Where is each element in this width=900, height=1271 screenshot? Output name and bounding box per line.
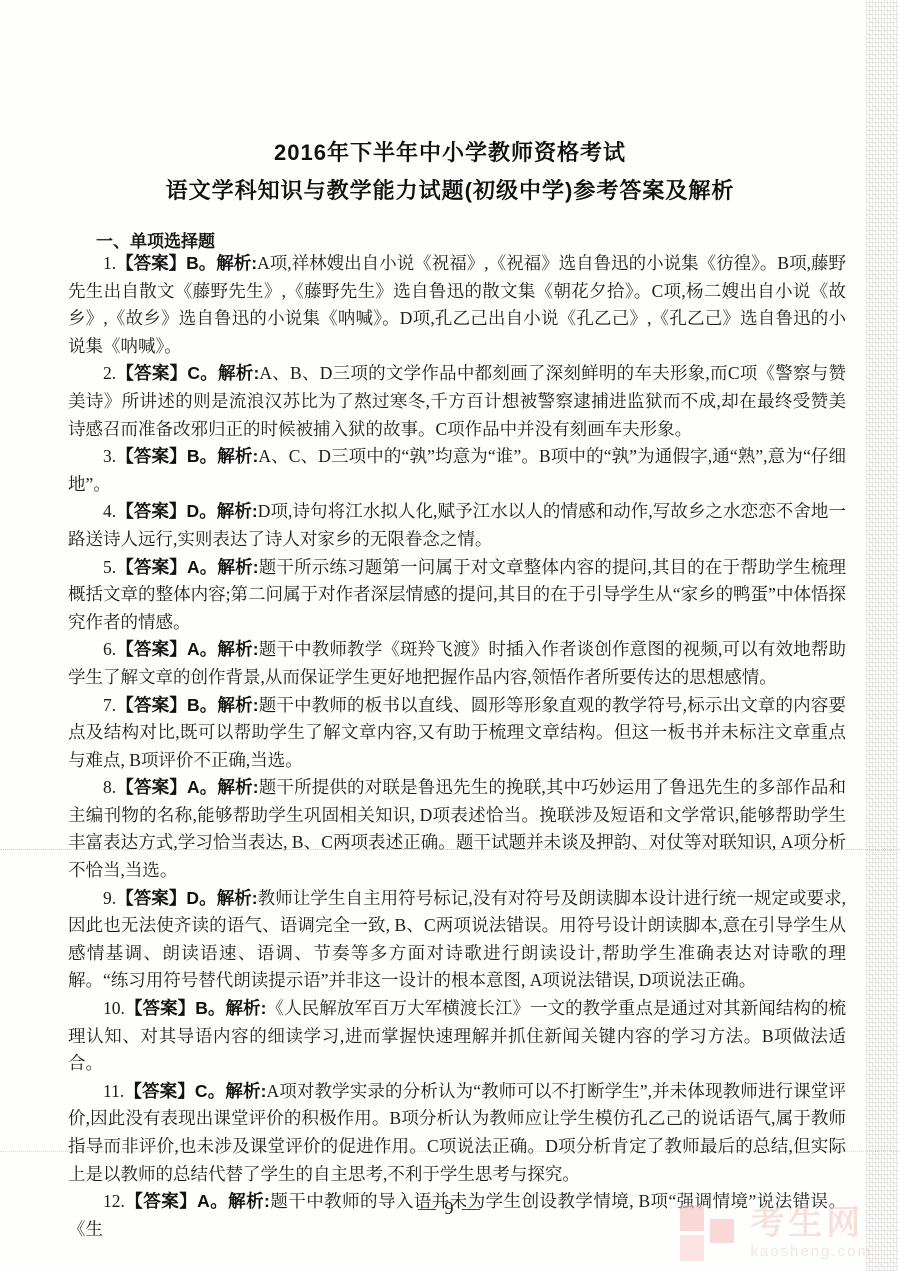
item-analysis-label: 解析:	[217, 557, 258, 577]
item-number: 9.	[103, 888, 116, 908]
item-number: 6.	[103, 639, 116, 659]
item-analysis-label: 解析:	[217, 777, 258, 797]
item-number: 10.	[103, 998, 125, 1018]
logo-square	[710, 1219, 734, 1243]
item-answer: 【答案】A。	[116, 639, 217, 659]
scanned-document-page: 2016年下半年中小学教师资格考试 语文学科知识与教学能力试题(初级中学)参考答…	[0, 0, 900, 1271]
item-number: 7.	[103, 695, 116, 715]
item-answer: 【答案】A。	[116, 777, 217, 797]
item-analysis-label: 解析:	[217, 695, 258, 715]
kaosheng-logo-icon	[680, 1201, 736, 1263]
item-answer: 【答案】D。	[116, 888, 217, 908]
answer-item: 8.【答案】A。解析:题干所提供的对联是鲁迅先生的挽联,其中巧妙运用了鲁迅先生的…	[68, 774, 846, 884]
document-title-line-2: 语文学科知识与教学能力试题(初级中学)参考答案及解析	[0, 172, 900, 210]
item-analysis-label: 解析:	[217, 639, 258, 659]
section-heading: 一、单项选择题	[96, 227, 215, 252]
item-number: 11.	[103, 1081, 124, 1101]
answer-item: 1.【答案】B。解析:A项,祥林嫂出自小说《祝福》,《祝福》选自鲁迅的小说集《彷…	[68, 250, 846, 360]
answer-item: 2.【答案】C。解析:A、B、D三项的文学作品中都刻画了深刻鲜明的车夫形象,而C…	[68, 360, 846, 443]
answer-item: 7.【答案】B。解析:题干中教师的板书以直线、圆形等形象直观的教学符号,标示出文…	[68, 692, 846, 775]
logo-square	[680, 1205, 704, 1231]
answer-item: 3.【答案】B。解析:A、C、D三项中的“孰”均意为“谁”。B项中的“孰”为通假…	[68, 443, 846, 498]
item-number: 3.	[103, 446, 116, 466]
item-number: 5.	[103, 557, 116, 577]
item-answer: 【答案】C。	[124, 1081, 225, 1101]
answer-item: 9.【答案】D。解析:教师让学生自主用符号标记,没有对符号及朗读脚本设计进行统一…	[68, 885, 846, 995]
answer-item: 11.【答案】C。解析:A项对教学实录的分析认为“教师可以不打断学生”,并未体现…	[68, 1078, 846, 1188]
item-number: 8.	[103, 777, 116, 797]
answer-item: 10.【答案】B。解析:《人民解放军百万大军横渡长江》一文的教学重点是通过对其新…	[68, 995, 846, 1078]
document-title-line-1: 2016年下半年中小学教师资格考试	[0, 134, 900, 172]
item-answer: 【答案】B。	[116, 695, 217, 715]
item-answer: 【答案】B。	[125, 998, 226, 1018]
item-answer: 【答案】A。	[116, 557, 217, 577]
logo-square	[680, 1235, 704, 1261]
answer-item: 5.【答案】A。解析:题干所示练习题第一问属于对文章整体内容的提问,其目的在于帮…	[68, 554, 846, 637]
item-analysis-label: 解析:	[225, 1081, 266, 1101]
watermark: 考生网 kaosheng.com	[680, 1201, 872, 1263]
item-analysis-label: 解析:	[218, 363, 259, 383]
item-analysis-label: 解析:	[217, 888, 258, 908]
item-analysis-label: 解析:	[217, 501, 258, 521]
watermark-site-name: 考生网	[750, 1205, 864, 1241]
item-number: 4.	[103, 501, 116, 521]
item-number: 2.	[103, 363, 116, 383]
item-analysis-label: 解析:	[217, 446, 258, 466]
item-analysis-label: 解析:	[225, 998, 266, 1018]
document-title-block: 2016年下半年中小学教师资格考试 语文学科知识与教学能力试题(初级中学)参考答…	[0, 134, 900, 210]
item-answer: 【答案】D。	[116, 501, 217, 521]
item-answer: 【答案】B。	[116, 253, 216, 273]
answer-item: 6.【答案】A。解析:题干中教师教学《斑羚飞渡》时插入作者谈创作意图的视频,可以…	[68, 636, 846, 691]
item-answer: 【答案】B。	[116, 446, 217, 466]
item-analysis-label: 解析:	[216, 253, 257, 273]
watermark-site-url: kaosheng.com	[750, 1243, 872, 1260]
answers-list: 1.【答案】B。解析:A项,祥林嫂出自小说《祝福》,《祝福》选自鲁迅的小说集《彷…	[68, 250, 846, 1243]
item-number: 1.	[103, 253, 116, 273]
item-answer: 【答案】C。	[116, 363, 218, 383]
answer-item: 4.【答案】D。解析:D项,诗句将江水拟人化,赋予江水以人的情感和动作,写故乡之…	[68, 498, 846, 553]
watermark-text-block: 考生网 kaosheng.com	[750, 1205, 872, 1260]
